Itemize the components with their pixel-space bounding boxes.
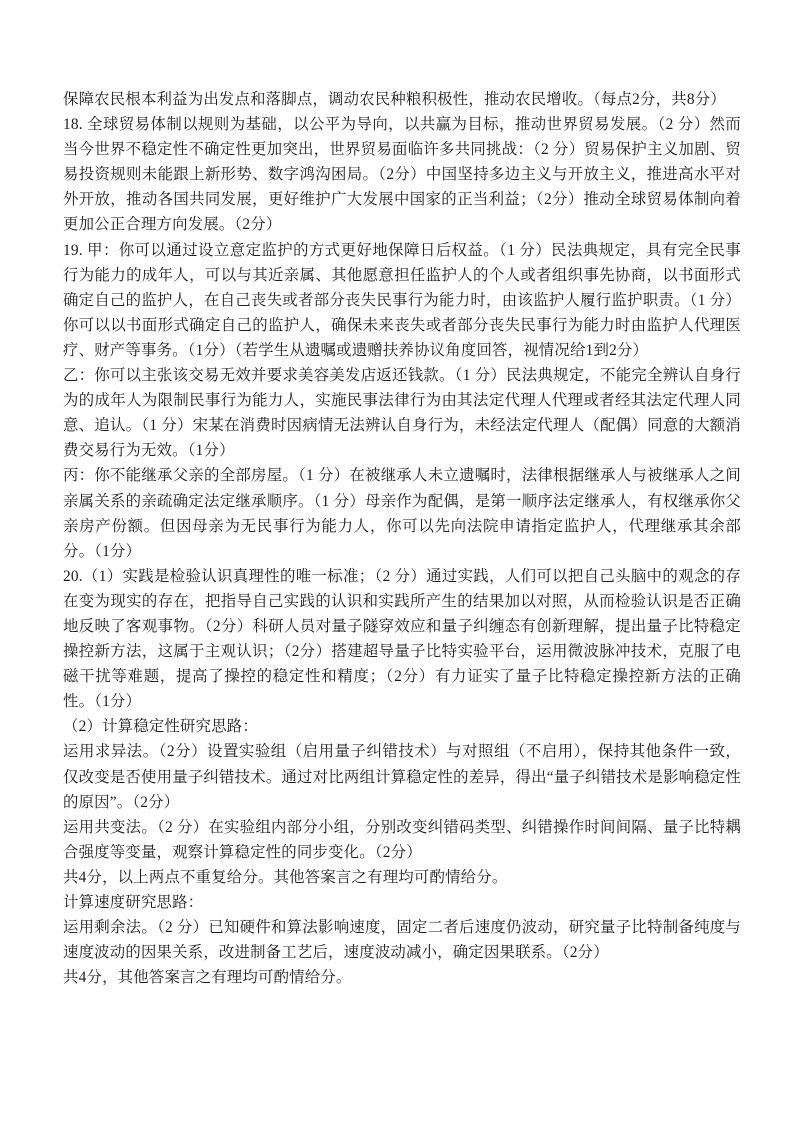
paragraph: 乙：你可以主张该交易无效并要求美容美发店返还钱款。（1 分）民法典规定，不能完全… — [63, 363, 741, 463]
paragraph: 共4分，以上两点不重复给分。其他答案言之有理均可酌情给分。 — [63, 865, 741, 890]
paragraph: 共4分，其他答案言之有理均可酌情给分。 — [63, 965, 741, 990]
paragraph: 运用剩余法。（2 分）已知硬件和算法影响速度，固定二者后速度仍波动，研究量子比特… — [63, 915, 741, 965]
paragraph: 丙：你不能继承父亲的全部房屋。（1 分）在被继承人未立遗嘱时，法律根据继承人与被… — [63, 463, 741, 563]
paragraph: 运用求异法。（2分）设置实验组（启用量子纠错技术）与对照组（不启用），保持其他条… — [63, 739, 741, 814]
paragraph: 18. 全球贸易体制以规则为基础，以公平为导向，以共赢为目标，推动世界贸易发展。… — [63, 112, 741, 237]
document-page: 保障农民根本利益为出发点和落脚点，调动农民种粮积极性，推动农民增收。（每点2分，… — [0, 0, 800, 1131]
paragraph: 保障农民根本利益为出发点和落脚点，调动农民种粮积极性，推动农民增收。（每点2分，… — [63, 87, 741, 112]
paragraph: 计算速度研究思路： — [63, 890, 741, 915]
paragraph: 20.（1）实践是检验认识真理性的唯一标准；（2 分）通过实践，人们可以把自己头… — [63, 564, 741, 715]
answer-key-text: 保障农民根本利益为出发点和落脚点，调动农民种粮积极性，推动农民增收。（每点2分，… — [63, 87, 741, 990]
paragraph: 运用共变法。（2 分）在实验组内部分小组，分别改变纠错码类型、纠错操作时间间隔、… — [63, 815, 741, 865]
paragraph: 19. 甲：你可以通过设立意定监护的方式更好地保障日后权益。（1 分）民法典规定… — [63, 238, 741, 363]
paragraph: （2）计算稳定性研究思路： — [63, 714, 741, 739]
